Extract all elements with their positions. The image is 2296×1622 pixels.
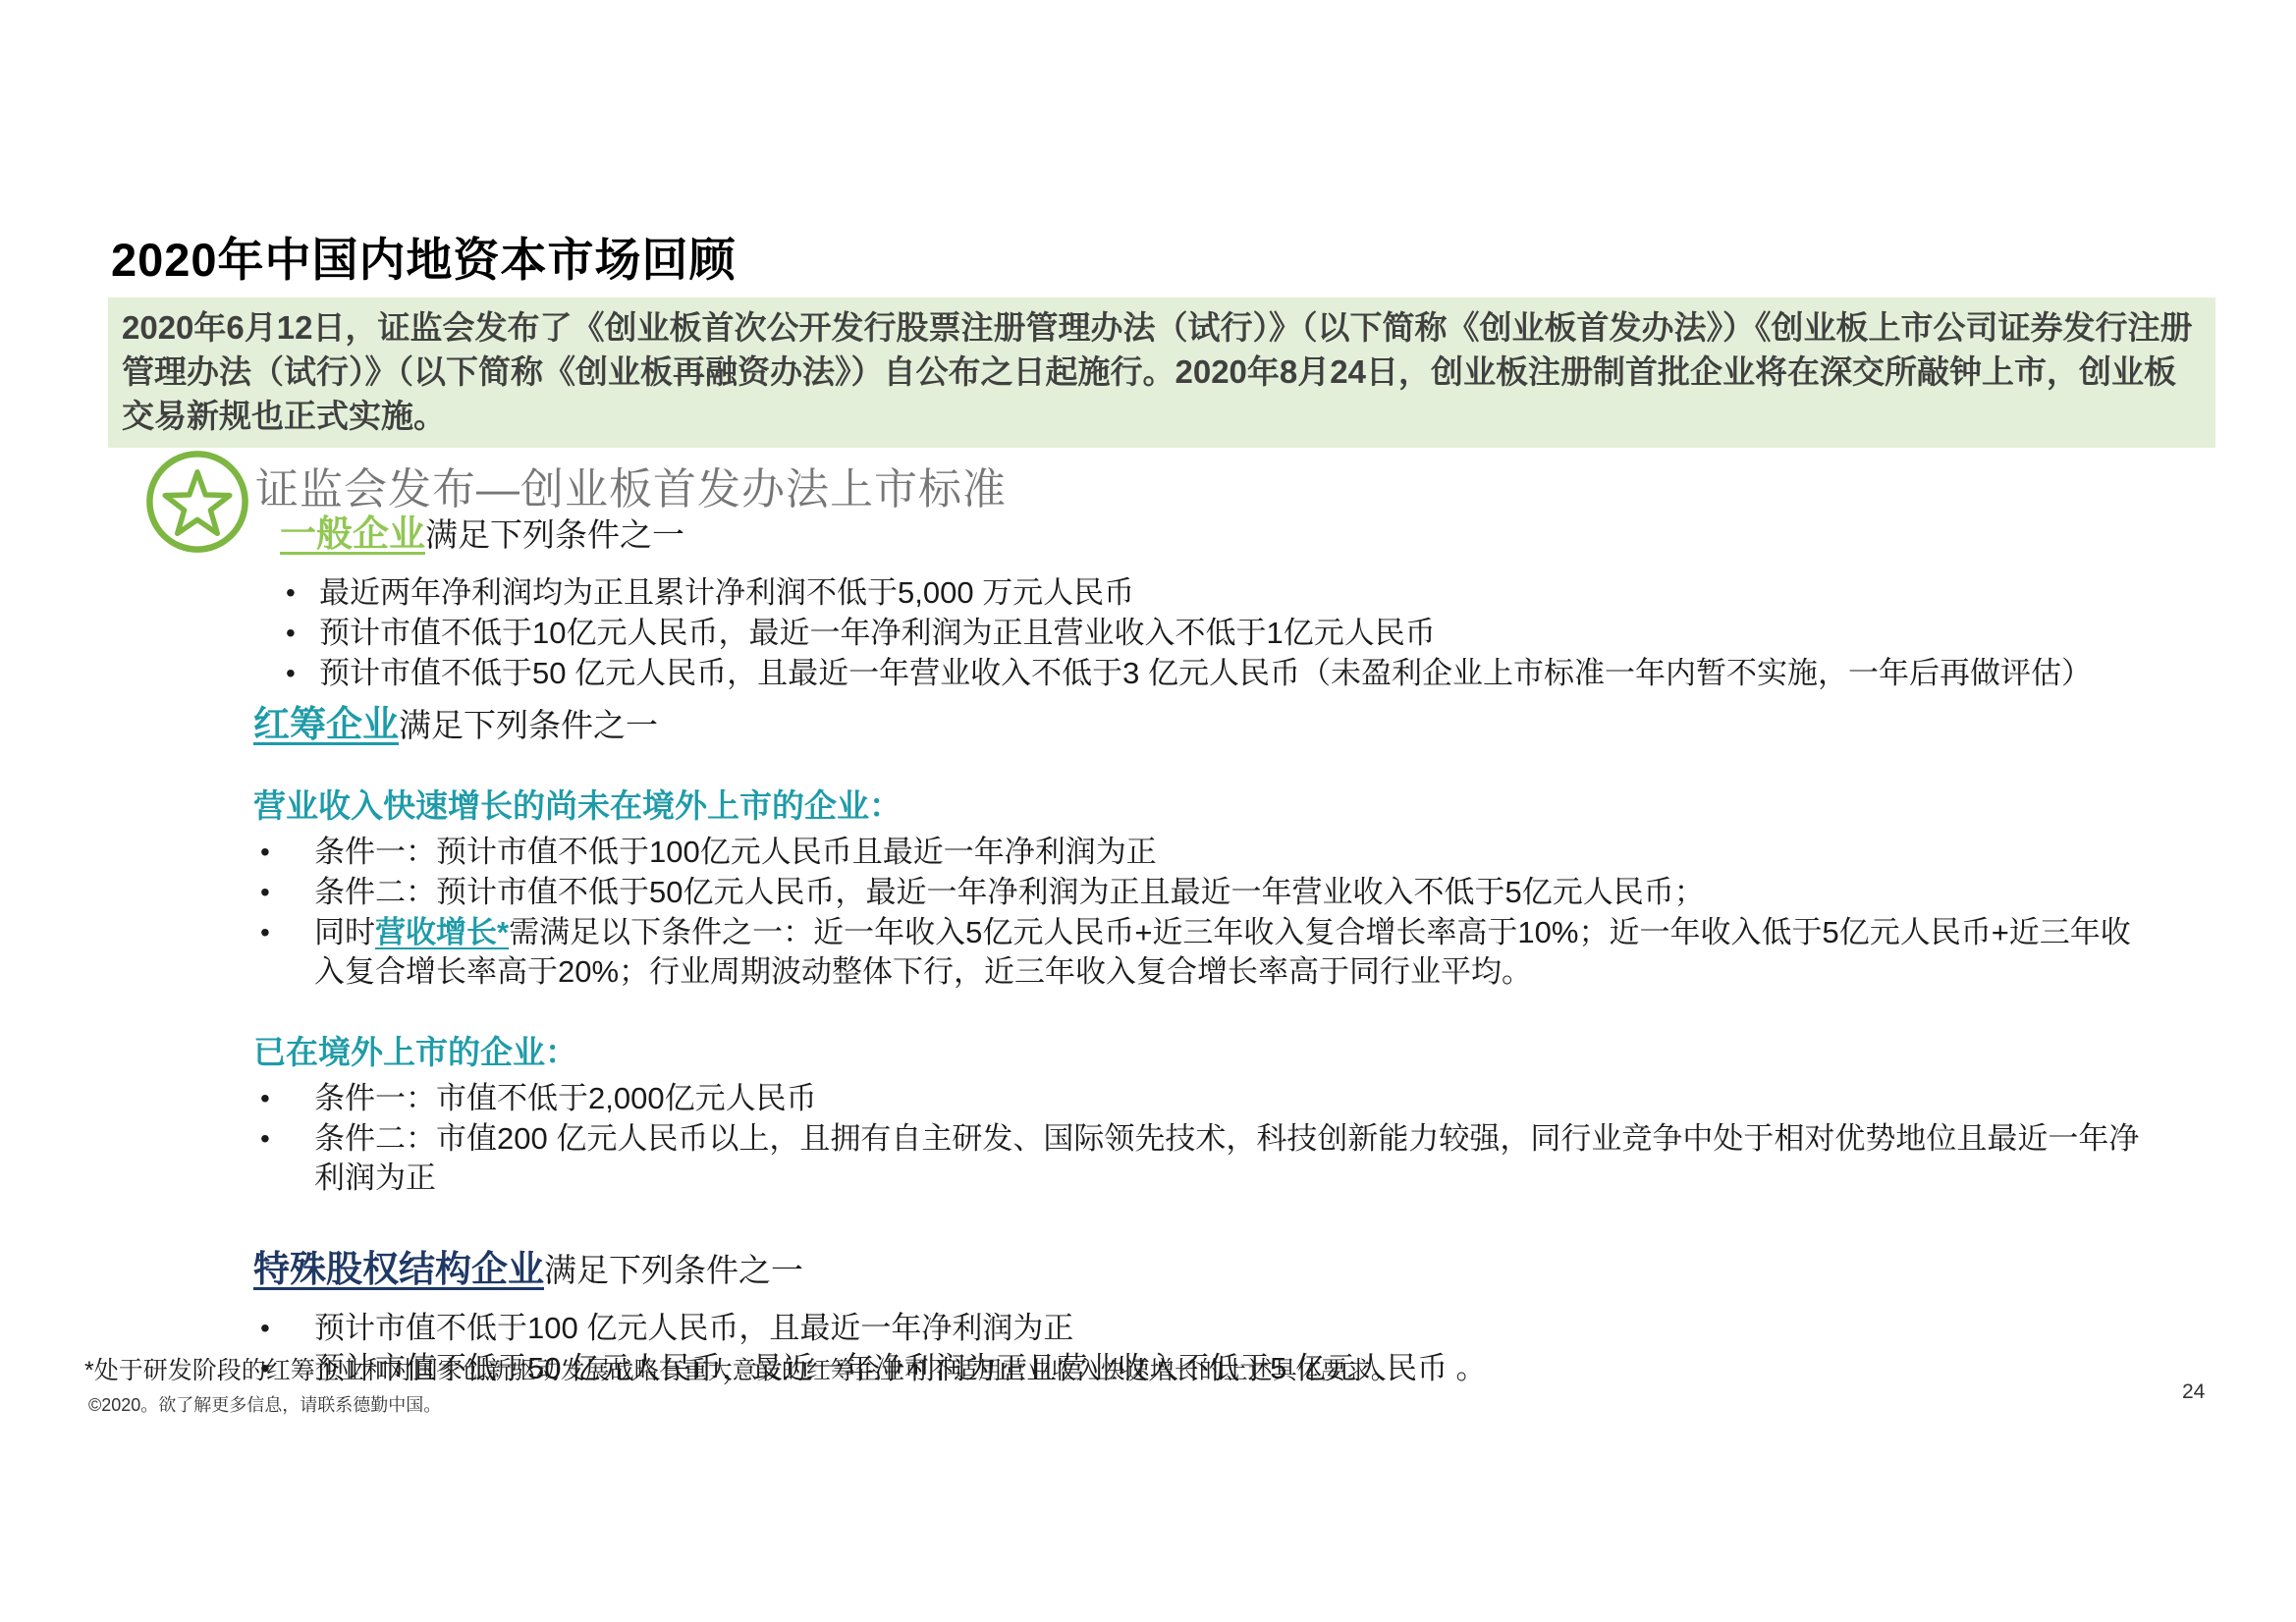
general-enterprise-label: 一般企业 xyxy=(280,514,425,554)
list-item: 条件一：市值不低于2,000亿元人民币 xyxy=(253,1079,2149,1118)
section-heading: 证监会发布—创业板首发办法上市标准 xyxy=(255,454,1007,516)
list-item: 预计市值不低于50 亿元人民币，且最近一年营业收入不低于3 亿元人民币（未盈利企… xyxy=(253,654,2149,693)
section-content: 一般企业满足下列条件之一 最近两年净利润均为正且累计净利润不低于5,000 万元… xyxy=(253,509,2149,1389)
spacer xyxy=(253,993,2149,1032)
list-item: 预计市值不低于100 亿元人民币，且最近一年净利润为正 xyxy=(253,1309,2149,1348)
page-title: 2020年中国内地资本市场回顾 xyxy=(111,224,737,290)
highlight-banner: 2020年6月12日，证监会发布了《创业板首次公开发行股票注册管理办法（试行）》… xyxy=(108,297,2215,448)
slide-page: 2020年中国内地资本市场回顾 2020年6月12日，证监会发布了《创业板首次公… xyxy=(0,0,2296,1622)
special-equity-heading: 特殊股权结构企业满足下列条件之一 xyxy=(253,1244,2149,1303)
fast-growth-group-heading: 营业收入快速增长的尚未在境外上市的企业： xyxy=(253,785,2149,827)
list-item: 条件二：市值200 亿元人民币以上，且拥有自主研发、国际领先技术，科技创新能力较… xyxy=(253,1119,2149,1198)
revenue-growth-highlight: 营收增长* xyxy=(375,915,509,949)
list-item: 条件二：预计市值不低于50亿元人民币，最近一年净利润为正且最近一年营业收入不低于… xyxy=(253,873,2149,912)
red-chip-condition-text: 满足下列条件之一 xyxy=(399,707,658,743)
spacer xyxy=(253,1199,2149,1244)
general-enterprise-heading: 一般企业满足下列条件之一 xyxy=(280,509,2149,568)
page-number: 24 xyxy=(2182,1380,2205,1404)
copyright-text: ©2020。欲了解更多信息，请联系德勤中国。 xyxy=(88,1391,441,1417)
general-enterprise-condition-text: 满足下列条件之一 xyxy=(425,516,684,553)
special-equity-label: 特殊股权结构企业 xyxy=(253,1249,544,1289)
red-chip-label: 红筹企业 xyxy=(253,704,399,744)
overseas-listed-bullet-list: 条件一：市值不低于2,000亿元人民币 条件二：市值200 亿元人民币以上，且拥… xyxy=(253,1079,2149,1198)
list-item: 同时营收增长*需满足以下条件之一：近一年收入5亿元人民币+近三年收入复合增长率高… xyxy=(253,913,2149,992)
general-enterprise-bullet-list: 最近两年净利润均为正且累计净利润不低于5,000 万元人民币 预计市值不低于10… xyxy=(253,573,2149,693)
list-item: 最近两年净利润均为正且累计净利润不低于5,000 万元人民币 xyxy=(253,573,2149,613)
spacer xyxy=(253,758,2149,785)
list-item: 预计市值不低于10亿元人民币，最近一年净利润为正且营业收入不低于1亿元人民币 xyxy=(253,614,2149,653)
special-equity-condition-text: 满足下列条件之一 xyxy=(544,1252,803,1288)
star-circle-icon xyxy=(144,449,250,555)
red-chip-heading: 红筹企业满足下列条件之一 xyxy=(253,699,2149,758)
fast-growth-bullet-list: 条件一：预计市值不低于100亿元人民币且最近一年净利润为正 条件二：预计市值不低… xyxy=(253,833,2149,992)
footnote-text: *处于研发阶段的红筹企业和对国家创新驱动发展战略有重大意义的红筹企业可不适用营业… xyxy=(84,1351,1395,1386)
bullet-suffix: 需满足以下条件之一：近一年收入5亿元人民币+近三年收入复合增长率高于10%；近一… xyxy=(314,915,2131,989)
bullet-prefix: 同时 xyxy=(314,915,375,949)
list-item: 条件一：预计市值不低于100亿元人民币且最近一年净利润为正 xyxy=(253,833,2149,872)
overseas-listed-group-heading: 已在境外上市的企业： xyxy=(253,1032,2149,1073)
